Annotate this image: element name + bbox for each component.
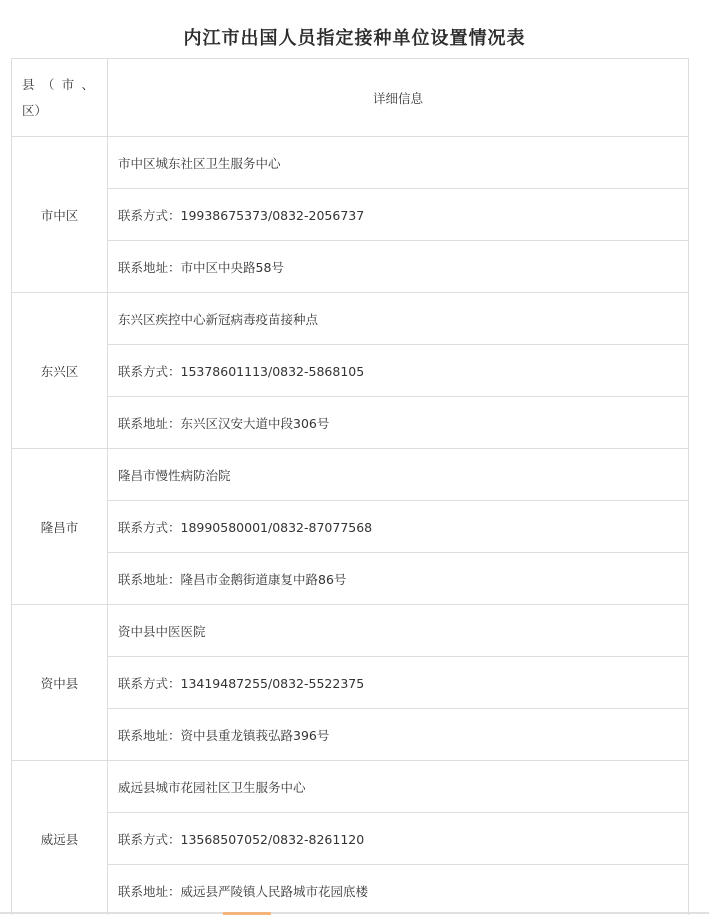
county-cell: 隆昌市 xyxy=(12,449,108,605)
address-cell: 联系地址：隆昌市金鹅街道康复中路86号 xyxy=(108,553,689,605)
table-row: 资中县 资中县中医医院 xyxy=(12,605,689,657)
contact-cell: 联系方式：15378601113/0832-5868105 xyxy=(108,345,689,397)
site-name-cell: 东兴区疾控中心新冠病毒疫苗接种点 xyxy=(108,293,689,345)
county-cell: 威远县 xyxy=(12,761,108,915)
site-name-cell: 隆昌市慢性病防治院 xyxy=(108,449,689,501)
contact-cell: 联系方式：13568507052/0832-8261120 xyxy=(108,813,689,865)
contact-cell: 联系方式：18990580001/0832-87077568 xyxy=(108,501,689,553)
site-name-cell: 资中县中医医院 xyxy=(108,605,689,657)
contact-cell: 联系方式：13419487255/0832-5522375 xyxy=(108,657,689,709)
header-county-char: 县 xyxy=(22,72,35,98)
site-name-cell: 威远县城市花园社区卫生服务中心 xyxy=(108,761,689,813)
address-cell: 联系地址：市中区中央路58号 xyxy=(108,241,689,293)
address-cell: 联系地址：威远县严陵镇人民路城市花园底楼 xyxy=(108,865,689,915)
table-row: 联系地址：威远县严陵镇人民路城市花园底楼 xyxy=(12,865,689,915)
page-title: 内江市出国人员指定接种单位设置情况表 xyxy=(0,25,709,53)
table-row: 联系方式：13568507052/0832-8261120 xyxy=(12,813,689,865)
county-cell: 市中区 xyxy=(12,137,108,293)
header-county-char: 、 xyxy=(81,72,94,98)
table-row: 联系方式：19938675373/0832-2056737 xyxy=(12,189,689,241)
table-row: 市中区 市中区城东社区卫生服务中心 xyxy=(12,137,689,189)
bottom-divider xyxy=(0,912,709,914)
site-name-cell: 市中区城东社区卫生服务中心 xyxy=(108,137,689,189)
table-row: 联系方式：18990580001/0832-87077568 xyxy=(12,501,689,553)
table-row: 联系地址：东兴区汉安大道中段306号 xyxy=(12,397,689,449)
address-cell: 联系地址：资中县重龙镇莪弘路396号 xyxy=(108,709,689,761)
table-row: 威远县 威远县城市花园社区卫生服务中心 xyxy=(12,761,689,813)
table-row: 隆昌市 隆昌市慢性病防治院 xyxy=(12,449,689,501)
table-row: 联系地址：资中县重龙镇莪弘路396号 xyxy=(12,709,689,761)
vaccination-sites-table: 县 （ 市 、 区） 详细信息 市中区 市中区城东社区卫生服务中心 联系方式：1… xyxy=(11,58,689,915)
contact-cell: 联系方式：19938675373/0832-2056737 xyxy=(108,189,689,241)
table-row: 联系方式：13419487255/0832-5522375 xyxy=(12,657,689,709)
header-detail: 详细信息 xyxy=(108,59,689,137)
header-county-char: 市 xyxy=(62,72,75,98)
header-county: 县 （ 市 、 区） xyxy=(12,59,108,137)
county-cell: 东兴区 xyxy=(12,293,108,449)
table-row: 东兴区 东兴区疾控中心新冠病毒疫苗接种点 xyxy=(12,293,689,345)
table-row: 联系地址：隆昌市金鹅街道康复中路86号 xyxy=(12,553,689,605)
header-county-char: （ xyxy=(42,72,55,98)
county-cell: 资中县 xyxy=(12,605,108,761)
header-county-line2: 区） xyxy=(22,103,47,118)
address-cell: 联系地址：东兴区汉安大道中段306号 xyxy=(108,397,689,449)
table-row: 联系方式：15378601113/0832-5868105 xyxy=(12,345,689,397)
table-row: 联系地址：市中区中央路58号 xyxy=(12,241,689,293)
table-header-row: 县 （ 市 、 区） 详细信息 xyxy=(12,59,689,137)
